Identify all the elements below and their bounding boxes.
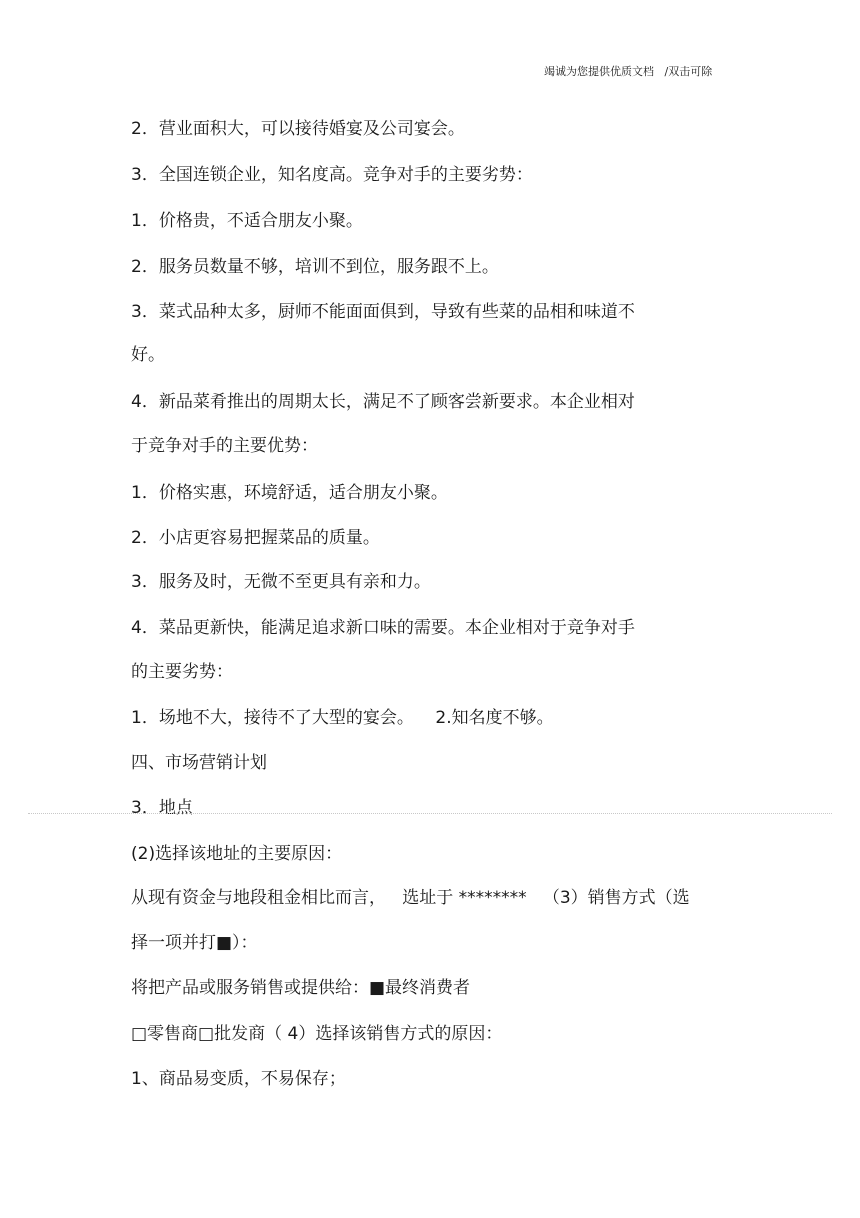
text-line: 2．小店更容易把握菜品的质量。 [131, 527, 380, 549]
text-line: 3．菜式品种太多，厨师不能面面俱到，导致有些菜的品相和味道不 [131, 301, 635, 323]
text-line: 1．价格贵，不适合朋友小聚。 [131, 210, 363, 232]
page-break-divider [28, 813, 832, 814]
text-line: 好。 [131, 344, 165, 366]
text-line: 1．场地不大，接待不了大型的宴会。 2.知名度不够。 [131, 707, 554, 729]
text-line: 的主要劣势： [131, 661, 233, 683]
header-note: 竭诚为您提供优质文档 /双击可除 [544, 63, 712, 79]
text-line: 4．新品菜肴推出的周期太长，满足不了顾客尝新要求。本企业相对 [131, 391, 635, 413]
section-heading: 四、市场营销计划 [131, 752, 267, 774]
text-line: 2．服务员数量不够，培训不到位，服务跟不上。 [131, 256, 499, 278]
text-line: 3．地点 [131, 797, 193, 819]
text-line: 将把产品或服务销售或提供给：■最终消费者 [131, 977, 470, 999]
text-line: 从现有资金与地段租金相比而言， 选址于 ******** （3）销售方式（选 [131, 887, 690, 909]
text-line: □零售商□批发商（ 4）选择该销售方式的原因： [131, 1023, 502, 1045]
text-line: 1．价格实惠，环境舒适，适合朋友小聚。 [131, 482, 448, 504]
text-line: 择一项并打■）： [131, 932, 258, 954]
text-line: 3．全国连锁企业，知名度高。竞争对手的主要劣势： [131, 164, 533, 186]
text-line: 4．菜品更新快，能满足追求新口味的需要。本企业相对于竞争对手 [131, 617, 635, 639]
text-line: (2)选择该地址的主要原因： [131, 843, 342, 865]
text-line: 3．服务及时，无微不至更具有亲和力。 [131, 571, 431, 593]
text-line: 2．营业面积大，可以接待婚宴及公司宴会。 [131, 118, 465, 140]
text-line: 1、商品易变质，不易保存； [131, 1068, 346, 1090]
text-line: 于竞争对手的主要优势： [131, 435, 318, 457]
